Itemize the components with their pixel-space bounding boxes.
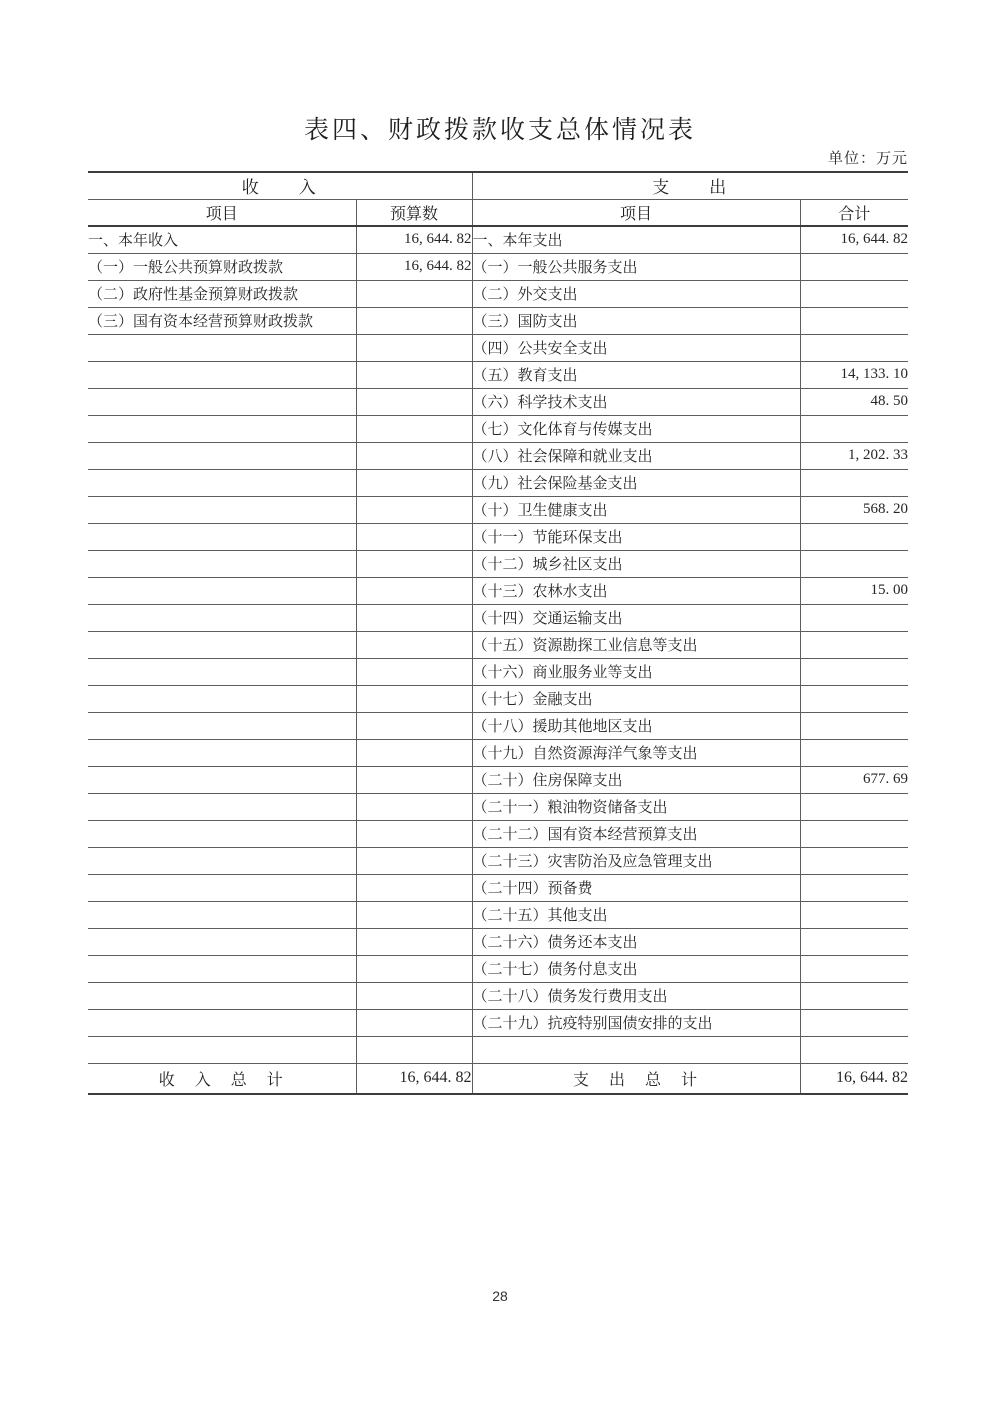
income-value-cell (356, 685, 472, 712)
income-value-cell (356, 712, 472, 739)
expense-item-cell: （二）外交支出 (472, 280, 800, 307)
table-row: （二十九）抗疫特别国债安排的支出 (88, 1009, 908, 1036)
expense-item-cell: （二十九）抗疫特别国债安排的支出 (472, 1009, 800, 1036)
expense-item-cell: （十八）援助其他地区支出 (472, 712, 800, 739)
income-value-cell (356, 1036, 472, 1063)
income-item-cell (88, 388, 356, 415)
income-value-cell (356, 793, 472, 820)
income-value-cell (356, 631, 472, 658)
expense-value-cell (800, 550, 908, 577)
expense-value-cell (800, 253, 908, 280)
table-row: （二十三）灾害防治及应急管理支出 (88, 847, 908, 874)
expense-item-cell: （十三）农林水支出 (472, 577, 800, 604)
expense-value-column-header: 合计 (800, 199, 908, 226)
table-row: （二十七）债务付息支出 (88, 955, 908, 982)
expense-item-cell: （五）教育支出 (472, 361, 800, 388)
income-item-cell (88, 955, 356, 982)
income-value-cell (356, 307, 472, 334)
table-row: （五）教育支出14, 133. 10 (88, 361, 908, 388)
income-total-label: 收 入 总 计 (88, 1063, 356, 1094)
expense-group-header: 支 出 (472, 172, 908, 199)
income-value-cell (356, 442, 472, 469)
expense-item-cell: （十二）城乡社区支出 (472, 550, 800, 577)
table-row: （六）科学技术支出48. 50 (88, 388, 908, 415)
income-item-cell (88, 334, 356, 361)
income-item-cell (88, 982, 356, 1009)
table-row: （八）社会保障和就业支出1, 202. 33 (88, 442, 908, 469)
table-row: （七）文化体育与传媒支出 (88, 415, 908, 442)
expense-item-cell: （十）卫生健康支出 (472, 496, 800, 523)
expense-item-cell: （十六）商业服务业等支出 (472, 658, 800, 685)
income-item-cell: （三）国有资本经营预算财政拨款 (88, 307, 356, 334)
expense-value-cell (800, 334, 908, 361)
income-value-cell (356, 361, 472, 388)
expense-value-cell (800, 280, 908, 307)
expense-value-cell (800, 847, 908, 874)
table-row: （二十二）国有资本经营预算支出 (88, 820, 908, 847)
expense-value-cell (800, 1036, 908, 1063)
expense-value-cell (800, 685, 908, 712)
expense-item-cell: （七）文化体育与传媒支出 (472, 415, 800, 442)
income-item-cell (88, 793, 356, 820)
income-value-cell (356, 928, 472, 955)
income-value-column-header: 预算数 (356, 199, 472, 226)
expense-value-cell (800, 820, 908, 847)
expense-item-cell: （二十二）国有资本经营预算支出 (472, 820, 800, 847)
page-number: 28 (0, 1288, 1000, 1304)
table-row: （十八）援助其他地区支出 (88, 712, 908, 739)
expense-value-cell (800, 523, 908, 550)
income-value-cell (356, 280, 472, 307)
table-row: （二十一）粮油物资储备支出 (88, 793, 908, 820)
expense-item-cell: （二十六）债务还本支出 (472, 928, 800, 955)
income-item-cell (88, 658, 356, 685)
table-row: （一）一般公共预算财政拨款16, 644. 82（一）一般公共服务支出 (88, 253, 908, 280)
table-row: （十四）交通运输支出 (88, 604, 908, 631)
income-value-cell (356, 1009, 472, 1036)
expense-total-value: 16, 644. 82 (800, 1063, 908, 1094)
expense-item-cell: （十五）资源勘探工业信息等支出 (472, 631, 800, 658)
expense-value-cell (800, 307, 908, 334)
table-row: （十六）商业服务业等支出 (88, 658, 908, 685)
budget-table: 收 入 支 出 项目 预算数 项目 合计 一、本年收入16, 644. 82一、… (88, 171, 908, 1095)
income-item-cell: （二）政府性基金预算财政拨款 (88, 280, 356, 307)
income-item-cell (88, 1009, 356, 1036)
income-value-cell: 16, 644. 82 (356, 226, 472, 253)
expense-value-cell (800, 1009, 908, 1036)
income-item-cell (88, 1036, 356, 1063)
expense-value-cell (800, 928, 908, 955)
income-group-header: 收 入 (88, 172, 472, 199)
table-row: （二十）住房保障支出677. 69 (88, 766, 908, 793)
income-value-cell (356, 415, 472, 442)
table-row: （十一）节能环保支出 (88, 523, 908, 550)
expense-value-cell (800, 415, 908, 442)
income-item-cell (88, 577, 356, 604)
income-value-cell (356, 739, 472, 766)
expense-value-cell (800, 874, 908, 901)
income-item-cell (88, 361, 356, 388)
expense-value-cell (800, 793, 908, 820)
income-item-cell (88, 712, 356, 739)
income-item-cell (88, 874, 356, 901)
table-row: （十三）农林水支出15. 00 (88, 577, 908, 604)
expense-item-cell: （二十八）债务发行费用支出 (472, 982, 800, 1009)
expense-item-cell: （十九）自然资源海洋气象等支出 (472, 739, 800, 766)
table-row: （二十四）预备费 (88, 874, 908, 901)
income-value-cell (356, 955, 472, 982)
expense-item-cell: 一、本年支出 (472, 226, 800, 253)
table-row: （十七）金融支出 (88, 685, 908, 712)
income-value-cell (356, 469, 472, 496)
income-value-cell (356, 820, 472, 847)
income-item-cell (88, 415, 356, 442)
expense-item-cell: （六）科学技术支出 (472, 388, 800, 415)
table-row: 一、本年收入16, 644. 82一、本年支出16, 644. 82 (88, 226, 908, 253)
expense-value-cell: 15. 00 (800, 577, 908, 604)
income-item-cell: 一、本年收入 (88, 226, 356, 253)
income-item-cell (88, 631, 356, 658)
expense-item-column-header: 项目 (472, 199, 800, 226)
income-item-cell (88, 766, 356, 793)
income-value-cell (356, 496, 472, 523)
income-item-cell (88, 739, 356, 766)
income-item-cell (88, 604, 356, 631)
income-item-cell (88, 820, 356, 847)
income-value-cell (356, 577, 472, 604)
table-row: （三）国有资本经营预算财政拨款（三）国防支出 (88, 307, 908, 334)
expense-value-cell: 48. 50 (800, 388, 908, 415)
income-total-value: 16, 644. 82 (356, 1063, 472, 1094)
expense-value-cell: 14, 133. 10 (800, 361, 908, 388)
income-value-cell (356, 874, 472, 901)
table-row: （九）社会保险基金支出 (88, 469, 908, 496)
income-item-cell (88, 847, 356, 874)
income-value-cell (356, 982, 472, 1009)
totals-row: 收 入 总 计 16, 644. 82 支 出 总 计 16, 644. 82 (88, 1063, 908, 1094)
expense-item-cell: （八）社会保障和就业支出 (472, 442, 800, 469)
expense-item-cell: （十一）节能环保支出 (472, 523, 800, 550)
table-row: （四）公共安全支出 (88, 334, 908, 361)
expense-item-cell: （二十四）预备费 (472, 874, 800, 901)
expense-value-cell (800, 901, 908, 928)
expense-item-cell: （二十）住房保障支出 (472, 766, 800, 793)
table-row: （二）政府性基金预算财政拨款（二）外交支出 (88, 280, 908, 307)
document-page: 表四、财政拨款收支总体情况表 单位：万元 收 入 支 出 项目 预算数 项目 合… (0, 0, 1000, 1414)
expense-item-cell: （二十七）债务付息支出 (472, 955, 800, 982)
expense-value-cell (800, 658, 908, 685)
expense-item-cell: （九）社会保险基金支出 (472, 469, 800, 496)
table-row: （二十八）债务发行费用支出 (88, 982, 908, 1009)
expense-item-cell: （十四）交通运输支出 (472, 604, 800, 631)
expense-value-cell (800, 469, 908, 496)
income-value-cell (356, 334, 472, 361)
table-row: （十）卫生健康支出568. 20 (88, 496, 908, 523)
income-item-cell (88, 928, 356, 955)
expense-value-cell: 16, 644. 82 (800, 226, 908, 253)
income-item-cell (88, 685, 356, 712)
expense-item-cell: （四）公共安全支出 (472, 334, 800, 361)
expense-item-cell: （十七）金融支出 (472, 685, 800, 712)
income-item-cell (88, 496, 356, 523)
expense-item-cell: （三）国防支出 (472, 307, 800, 334)
table-row: （十九）自然资源海洋气象等支出 (88, 739, 908, 766)
expense-value-cell (800, 982, 908, 1009)
income-item-cell (88, 469, 356, 496)
table-row: （二十五）其他支出 (88, 901, 908, 928)
income-value-cell (356, 604, 472, 631)
expense-item-cell: （二十一）粮油物资储备支出 (472, 793, 800, 820)
expense-value-cell: 1, 202. 33 (800, 442, 908, 469)
income-value-cell (356, 658, 472, 685)
expense-value-cell (800, 604, 908, 631)
unit-label: 单位：万元 (828, 147, 908, 168)
expense-item-cell: （二十三）灾害防治及应急管理支出 (472, 847, 800, 874)
expense-item-cell: （二十五）其他支出 (472, 901, 800, 928)
income-value-cell (356, 766, 472, 793)
income-item-cell (88, 901, 356, 928)
expense-value-cell (800, 739, 908, 766)
income-item-cell (88, 550, 356, 577)
table-row (88, 1036, 908, 1063)
table-group-header-row: 收 入 支 出 (88, 172, 908, 199)
expense-value-cell: 677. 69 (800, 766, 908, 793)
expense-item-cell: （一）一般公共服务支出 (472, 253, 800, 280)
table-column-header-row: 项目 预算数 项目 合计 (88, 199, 908, 226)
table-body: 一、本年收入16, 644. 82一、本年支出16, 644. 82（一）一般公… (88, 226, 908, 1063)
income-value-cell (356, 523, 472, 550)
income-item-cell (88, 442, 356, 469)
income-value-cell (356, 847, 472, 874)
income-item-cell (88, 523, 356, 550)
expense-value-cell (800, 955, 908, 982)
income-item-cell: （一）一般公共预算财政拨款 (88, 253, 356, 280)
table-row: （十五）资源勘探工业信息等支出 (88, 631, 908, 658)
table-row: （二十六）债务还本支出 (88, 928, 908, 955)
income-value-cell (356, 901, 472, 928)
expense-value-cell (800, 631, 908, 658)
page-title: 表四、财政拨款收支总体情况表 (0, 110, 1000, 146)
expense-item-cell (472, 1036, 800, 1063)
expense-value-cell: 568. 20 (800, 496, 908, 523)
income-value-cell: 16, 644. 82 (356, 253, 472, 280)
expense-total-label: 支 出 总 计 (472, 1063, 800, 1094)
table-row: （十二）城乡社区支出 (88, 550, 908, 577)
income-value-cell (356, 388, 472, 415)
expense-value-cell (800, 712, 908, 739)
income-value-cell (356, 550, 472, 577)
income-item-column-header: 项目 (88, 199, 356, 226)
